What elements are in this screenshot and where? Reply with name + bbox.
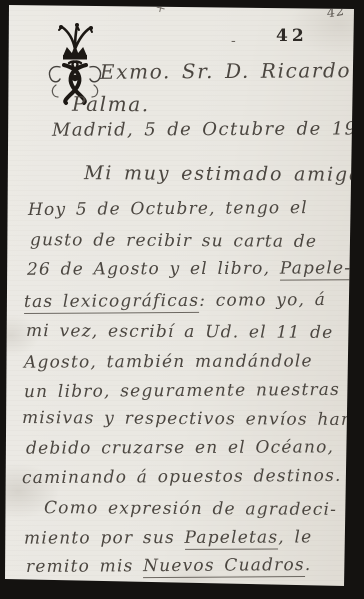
underlined-book-title: Papeletas — [184, 528, 278, 550]
stamped-page-number: 42 — [276, 26, 308, 46]
letter-line: Como expresión de agradeci- — [44, 499, 337, 520]
handwritten-page-number: 42 — [326, 4, 347, 22]
line-segment: Como expresión de agradeci- — [44, 498, 337, 520]
letter-line: mi vez, escribí a Ud. el 11 de — [26, 322, 334, 343]
pencil-dash-mark: - — [231, 33, 236, 49]
letter-line: misivas y respectivos envíos han — [22, 409, 353, 431]
salutation: Mi muy estimado amigo: — [84, 163, 364, 187]
letter-line: debido cruzarse en el Océano, — [26, 438, 334, 459]
letter-line: Agosto, también mandándole — [24, 352, 313, 373]
letter-line: tas lexicográficas: como yo, á — [24, 291, 326, 313]
letter-line: caminando á opuestos destinos. — [22, 467, 342, 489]
line-segment: un libro, seguramente nuestras — [24, 380, 340, 402]
line-segment: remito mis — [26, 556, 143, 577]
letter-line: 26 de Agosto y el libro, Papele- — [27, 259, 351, 280]
pencil-plus-mark: + — [153, 0, 167, 17]
line-segment: Hoy 5 de Octubre, tengo el — [28, 198, 308, 220]
line-segment: Agosto, también mandándole — [24, 351, 313, 372]
line-segment: . — [305, 555, 312, 575]
letter-line: gusto de recibir su carta de — [30, 231, 317, 252]
letter-page: + 42 42 - Exmo. Sr. D. Ricardo Palma. Ma… — [0, 0, 364, 599]
line-segment: 26 de Agosto y el libro, — [27, 259, 280, 280]
line-segment: debido cruzarse en el Océano, — [26, 437, 334, 458]
line-segment: : como yo, á — [199, 290, 326, 311]
letter-line: remito mis Nuevos Cuadros. — [26, 556, 312, 578]
line-segment: mi vez, escribí a Ud. el 11 de — [26, 321, 334, 343]
recipient-line-2: Palma. — [72, 93, 150, 116]
recipient-line-1: Exmo. Sr. D. Ricardo — [100, 59, 351, 84]
line-segment: gusto de recibir su carta de — [30, 230, 317, 252]
underlined-book-title: Papele- — [280, 258, 352, 280]
line-segment: miento por sus — [24, 528, 185, 549]
line-segment: caminando á opuestos destinos. — [22, 466, 342, 488]
underlined-book-title: tas lexicográficas — [24, 291, 199, 314]
line-segment: misivas y respectivos envíos han — [22, 408, 353, 430]
letter-line: Hoy 5 de Octubre, tengo el — [28, 199, 308, 220]
letter-line: un libro, seguramente nuestras — [24, 381, 340, 403]
letter-line: miento por sus Papeletas, le — [24, 528, 312, 549]
dateline: Madrid, 5 de Octubre de 1903 — [52, 119, 364, 141]
underlined-book-title: Nuevos Cuadros — [143, 555, 305, 578]
line-segment: , le — [278, 527, 312, 547]
